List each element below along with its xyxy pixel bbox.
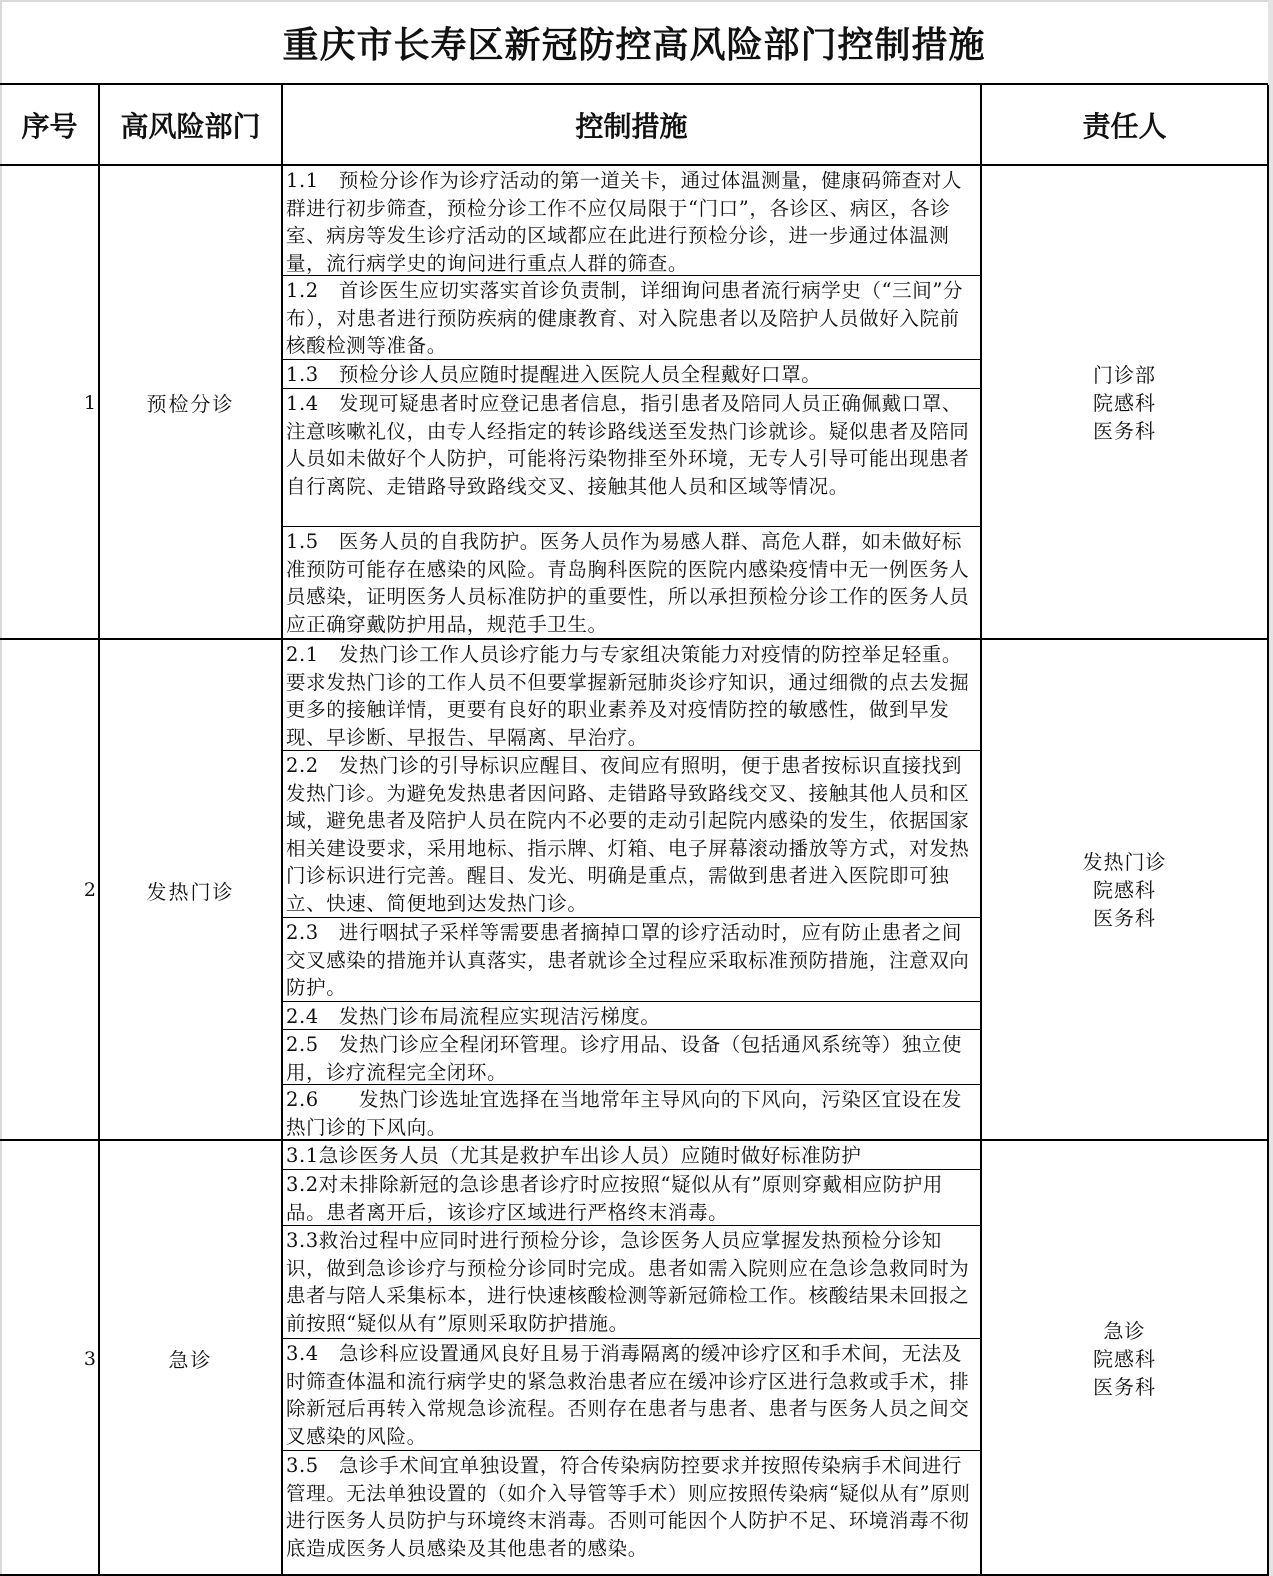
sheet-right-edge	[1268, 0, 1273, 1576]
table-row-group-1: 1 预检分诊 1.1 预检分诊作为诊疗活动的第一道关卡，通过体温测量，健康码筛查…	[0, 166, 1268, 639]
department-cell: 发热门诊	[99, 640, 282, 1140]
table-row-group-2: 2 发热门诊 2.1 发热门诊工作人员诊疗能力与专家组决策能力对疫情的防控举足轻…	[0, 640, 1268, 1140]
measure-item: 3.5 急诊手术间宜单独设置，符合传染病防控要求并按照传染病手术间进行管理。无法…	[283, 1451, 980, 1576]
table-row-group-3: 3 急诊 3.1急诊医务人员（尤其是救护车出诊人员）应随时做好标准防护 3.2对…	[0, 1141, 1268, 1576]
measure-item: 2.1 发热门诊工作人员诊疗能力与专家组决策能力对疫情的防控举足轻重。要求发热门…	[283, 640, 980, 751]
responsible-line: 院感科	[1093, 876, 1156, 904]
department-cell: 急诊	[99, 1141, 282, 1576]
measure-item: 2.3 进行咽拭子采样等需要患者摘掉口罩的诊疗活动时，应有防止患者之间交叉感染的…	[283, 918, 980, 1002]
table-right-border	[1267, 85, 1269, 1576]
column-divider	[281, 85, 283, 1576]
measure-item: 1.5 医务人员的自我防护。医务人员作为易感人群、高危人群，如未做好标准预防可能…	[283, 527, 980, 639]
measure-item: 1.1 预检分诊作为诊疗活动的第一道关卡，通过体温测量，健康码筛查对人群进行初步…	[283, 166, 980, 276]
measure-item: 1.3 预检分诊人员应随时提醒进入医院人员全程戴好口罩。	[283, 360, 980, 389]
responsible-line: 门诊部	[1093, 361, 1156, 389]
column-divider	[98, 85, 100, 1576]
measure-item: 3.1急诊医务人员（尤其是救护车出诊人员）应随时做好标准防护	[283, 1141, 980, 1170]
responsible-cell: 发热门诊 院感科 医务科	[981, 640, 1268, 1140]
control-measures-table: 序号 高风险部门 控制措施 责任人 1 预检分诊 1.1 预检分诊作为诊疗活动的…	[0, 83, 1268, 1576]
measure-item: 2.6 发热门诊选址宜选择在当地常年主导风向的下风向，污染区宜设在发热门诊的下风…	[283, 1085, 980, 1140]
seq-cell: 3	[0, 1141, 96, 1576]
measure-item: 3.2对未排除新冠的急诊患者诊疗时应按照“疑似从有”原则穿戴相应防护用品。患者离…	[283, 1170, 980, 1226]
responsible-line: 医务科	[1093, 1373, 1156, 1401]
responsible-line: 医务科	[1093, 904, 1156, 932]
measure-item: 2.2 发热门诊的引导标识应醒目、夜间应有照明，便于患者按标识直接找到发热门诊。…	[283, 751, 980, 918]
seq-cell: 2	[0, 640, 96, 1140]
responsible-cell: 门诊部 院感科 医务科	[981, 166, 1268, 639]
header-department: 高风险部门	[99, 85, 282, 165]
measure-item: 2.4 发热门诊布局流程应实现洁污梯度。	[283, 1002, 980, 1030]
measure-item: 2.5 发热门诊应全程闭环管理。诊疗用品、设备（包括通风系统等）独立使用，诊疗流…	[283, 1030, 980, 1085]
column-divider	[980, 85, 982, 1576]
measure-item: 3.4 急诊科应设置通风良好且易于消毒隔离的缓冲诊疗区和手术间，无法及时筛查体温…	[283, 1339, 980, 1451]
measure-item: 3.3救治过程中应同时进行预检分诊，急诊医务人员应掌握发热预检分诊知识，做到急诊…	[283, 1226, 980, 1339]
measures-cell: 2.1 发热门诊工作人员诊疗能力与专家组决策能力对疫情的防控举足轻重。要求发热门…	[283, 640, 980, 1140]
department-cell: 预检分诊	[99, 166, 282, 639]
responsible-line: 发热门诊	[1083, 848, 1167, 876]
responsible-line: 医务科	[1093, 417, 1156, 445]
measure-item: 1.2 首诊医生应切实落实首诊负责制，详细询问患者流行病学史（“三间”分布），对…	[283, 276, 980, 360]
header-seq: 序号	[0, 85, 99, 165]
measures-cell: 1.1 预检分诊作为诊疗活动的第一道关卡，通过体温测量，健康码筛查对人群进行初步…	[283, 166, 980, 639]
header-measures: 控制措施	[282, 85, 981, 165]
responsible-line: 院感科	[1093, 1345, 1156, 1373]
document-title: 重庆市长寿区新冠防控高风险部门控制措施	[0, 2, 1268, 83]
measure-item: 1.4 发现可疑患者时应登记患者信息，指引患者及陪同人员正确佩戴口罩、注意咳嗽礼…	[283, 389, 980, 527]
responsible-line: 院感科	[1093, 389, 1156, 417]
responsible-cell: 急诊 院感科 医务科	[981, 1141, 1268, 1576]
measures-cell: 3.1急诊医务人员（尤其是救护车出诊人员）应随时做好标准防护 3.2对未排除新冠…	[283, 1141, 980, 1576]
seq-cell: 1	[0, 166, 96, 639]
responsible-line: 急诊	[1104, 1317, 1146, 1345]
header-responsible: 责任人	[981, 85, 1268, 165]
